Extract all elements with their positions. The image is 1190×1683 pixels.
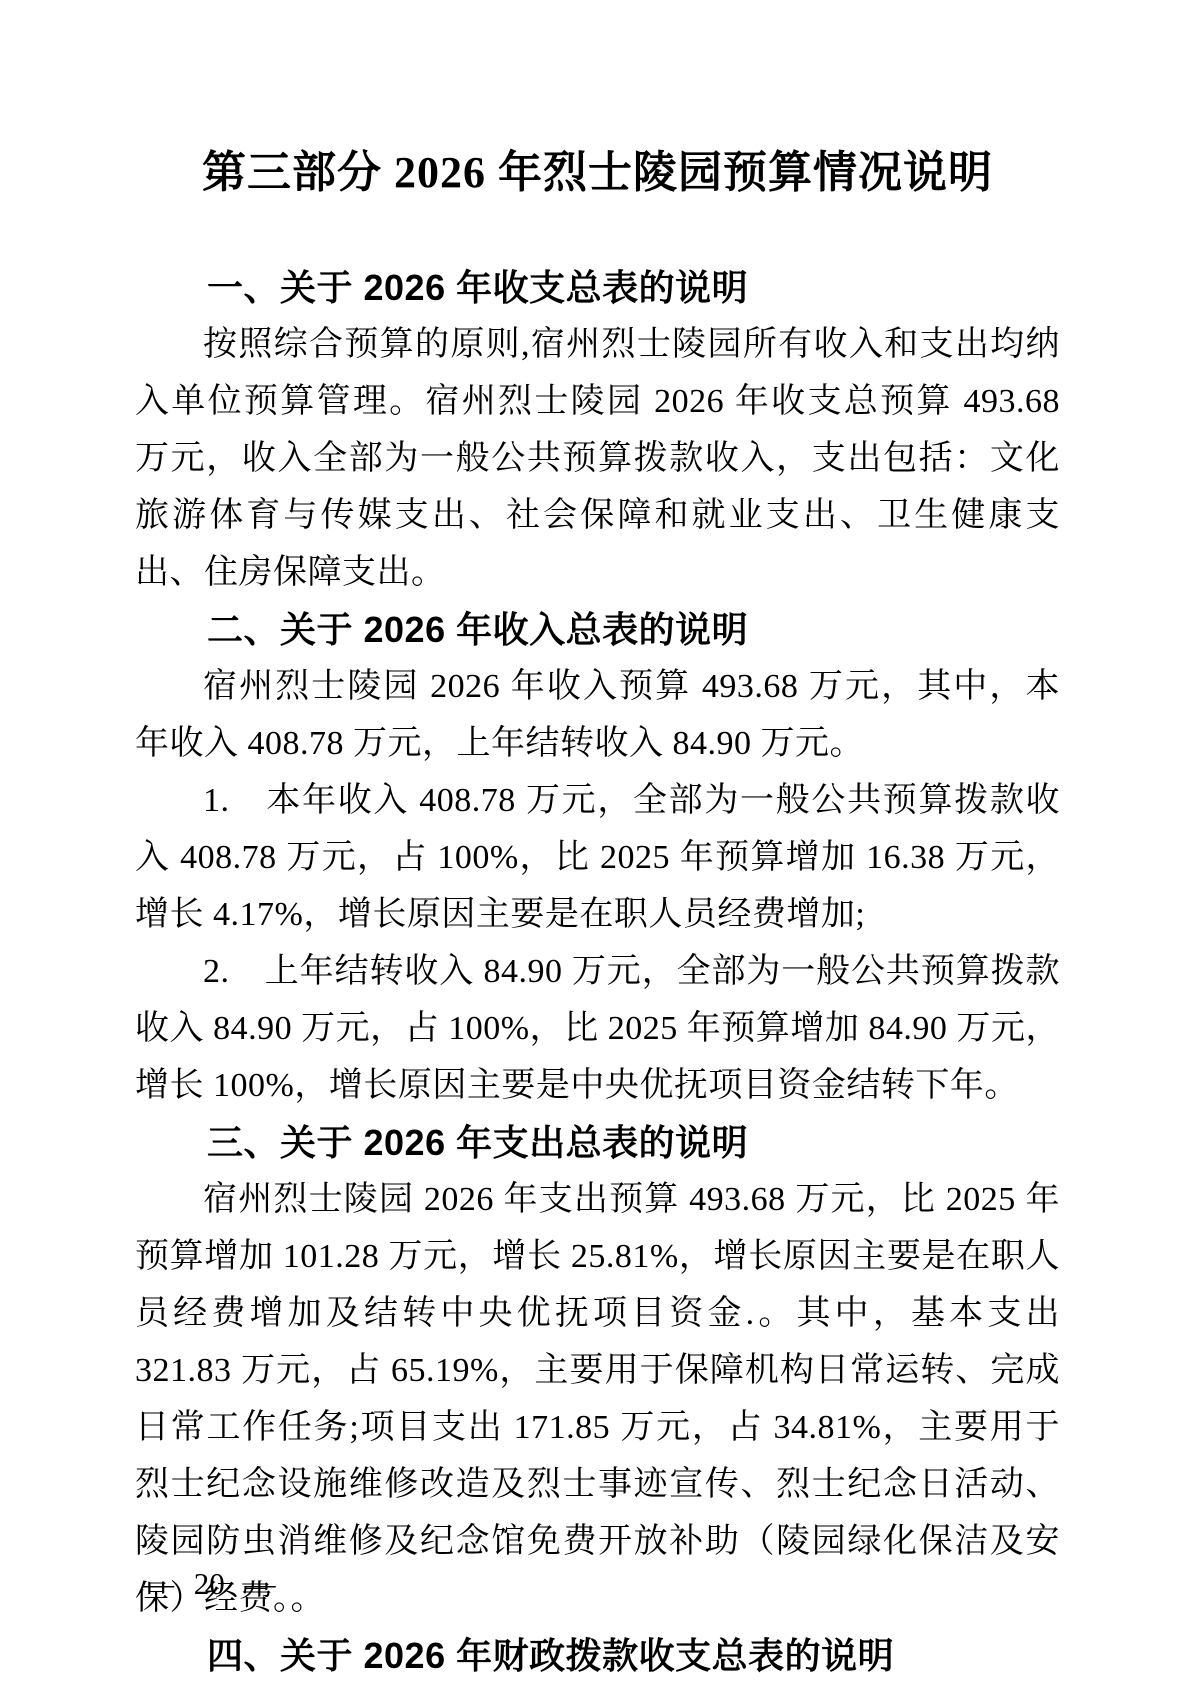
document-content: 第三部分 2026 年烈士陵园预算情况说明 一、关于 2026 年收支总表的说明… bbox=[135, 0, 1060, 1683]
section-heading-3: 三、关于 2026 年支出总表的说明 bbox=[135, 1114, 1060, 1171]
body-paragraph-numbered-item-1: 1. 本年收入 408.78 万元，全部为一般公共预算拨款收入 408.78 万… bbox=[135, 772, 1060, 943]
document-title: 第三部分 2026 年烈士陵园预算情况说明 bbox=[135, 0, 1060, 202]
page-number: — 20 — bbox=[143, 1566, 276, 1602]
body-paragraph: 宿州烈士陵园 2026 年支出预算 493.68 万元，比 2025 年预算增加… bbox=[135, 1171, 1060, 1627]
document-page: 第三部分 2026 年烈士陵园预算情况说明 一、关于 2026 年收支总表的说明… bbox=[0, 0, 1190, 1683]
section-heading-2: 二、关于 2026 年收入总表的说明 bbox=[135, 601, 1060, 658]
body-paragraph: 按照综合预算的原则,宿州烈士陵园所有收入和支出均纳入单位预算管理。宿州烈士陵园 … bbox=[135, 316, 1060, 601]
section-heading-4: 四、关于 2026 年财政拨款收支总表的说明 bbox=[135, 1627, 1060, 1683]
body-paragraph: 宿州烈士陵园 2026 年收入预算 493.68 万元，其中，本年收入 408.… bbox=[135, 658, 1060, 772]
section-heading-1: 一、关于 2026 年收支总表的说明 bbox=[135, 259, 1060, 316]
body-paragraph-numbered-item-2: 2. 上年结转收入 84.90 万元，全部为一般公共预算拨款收入 84.90 万… bbox=[135, 943, 1060, 1114]
